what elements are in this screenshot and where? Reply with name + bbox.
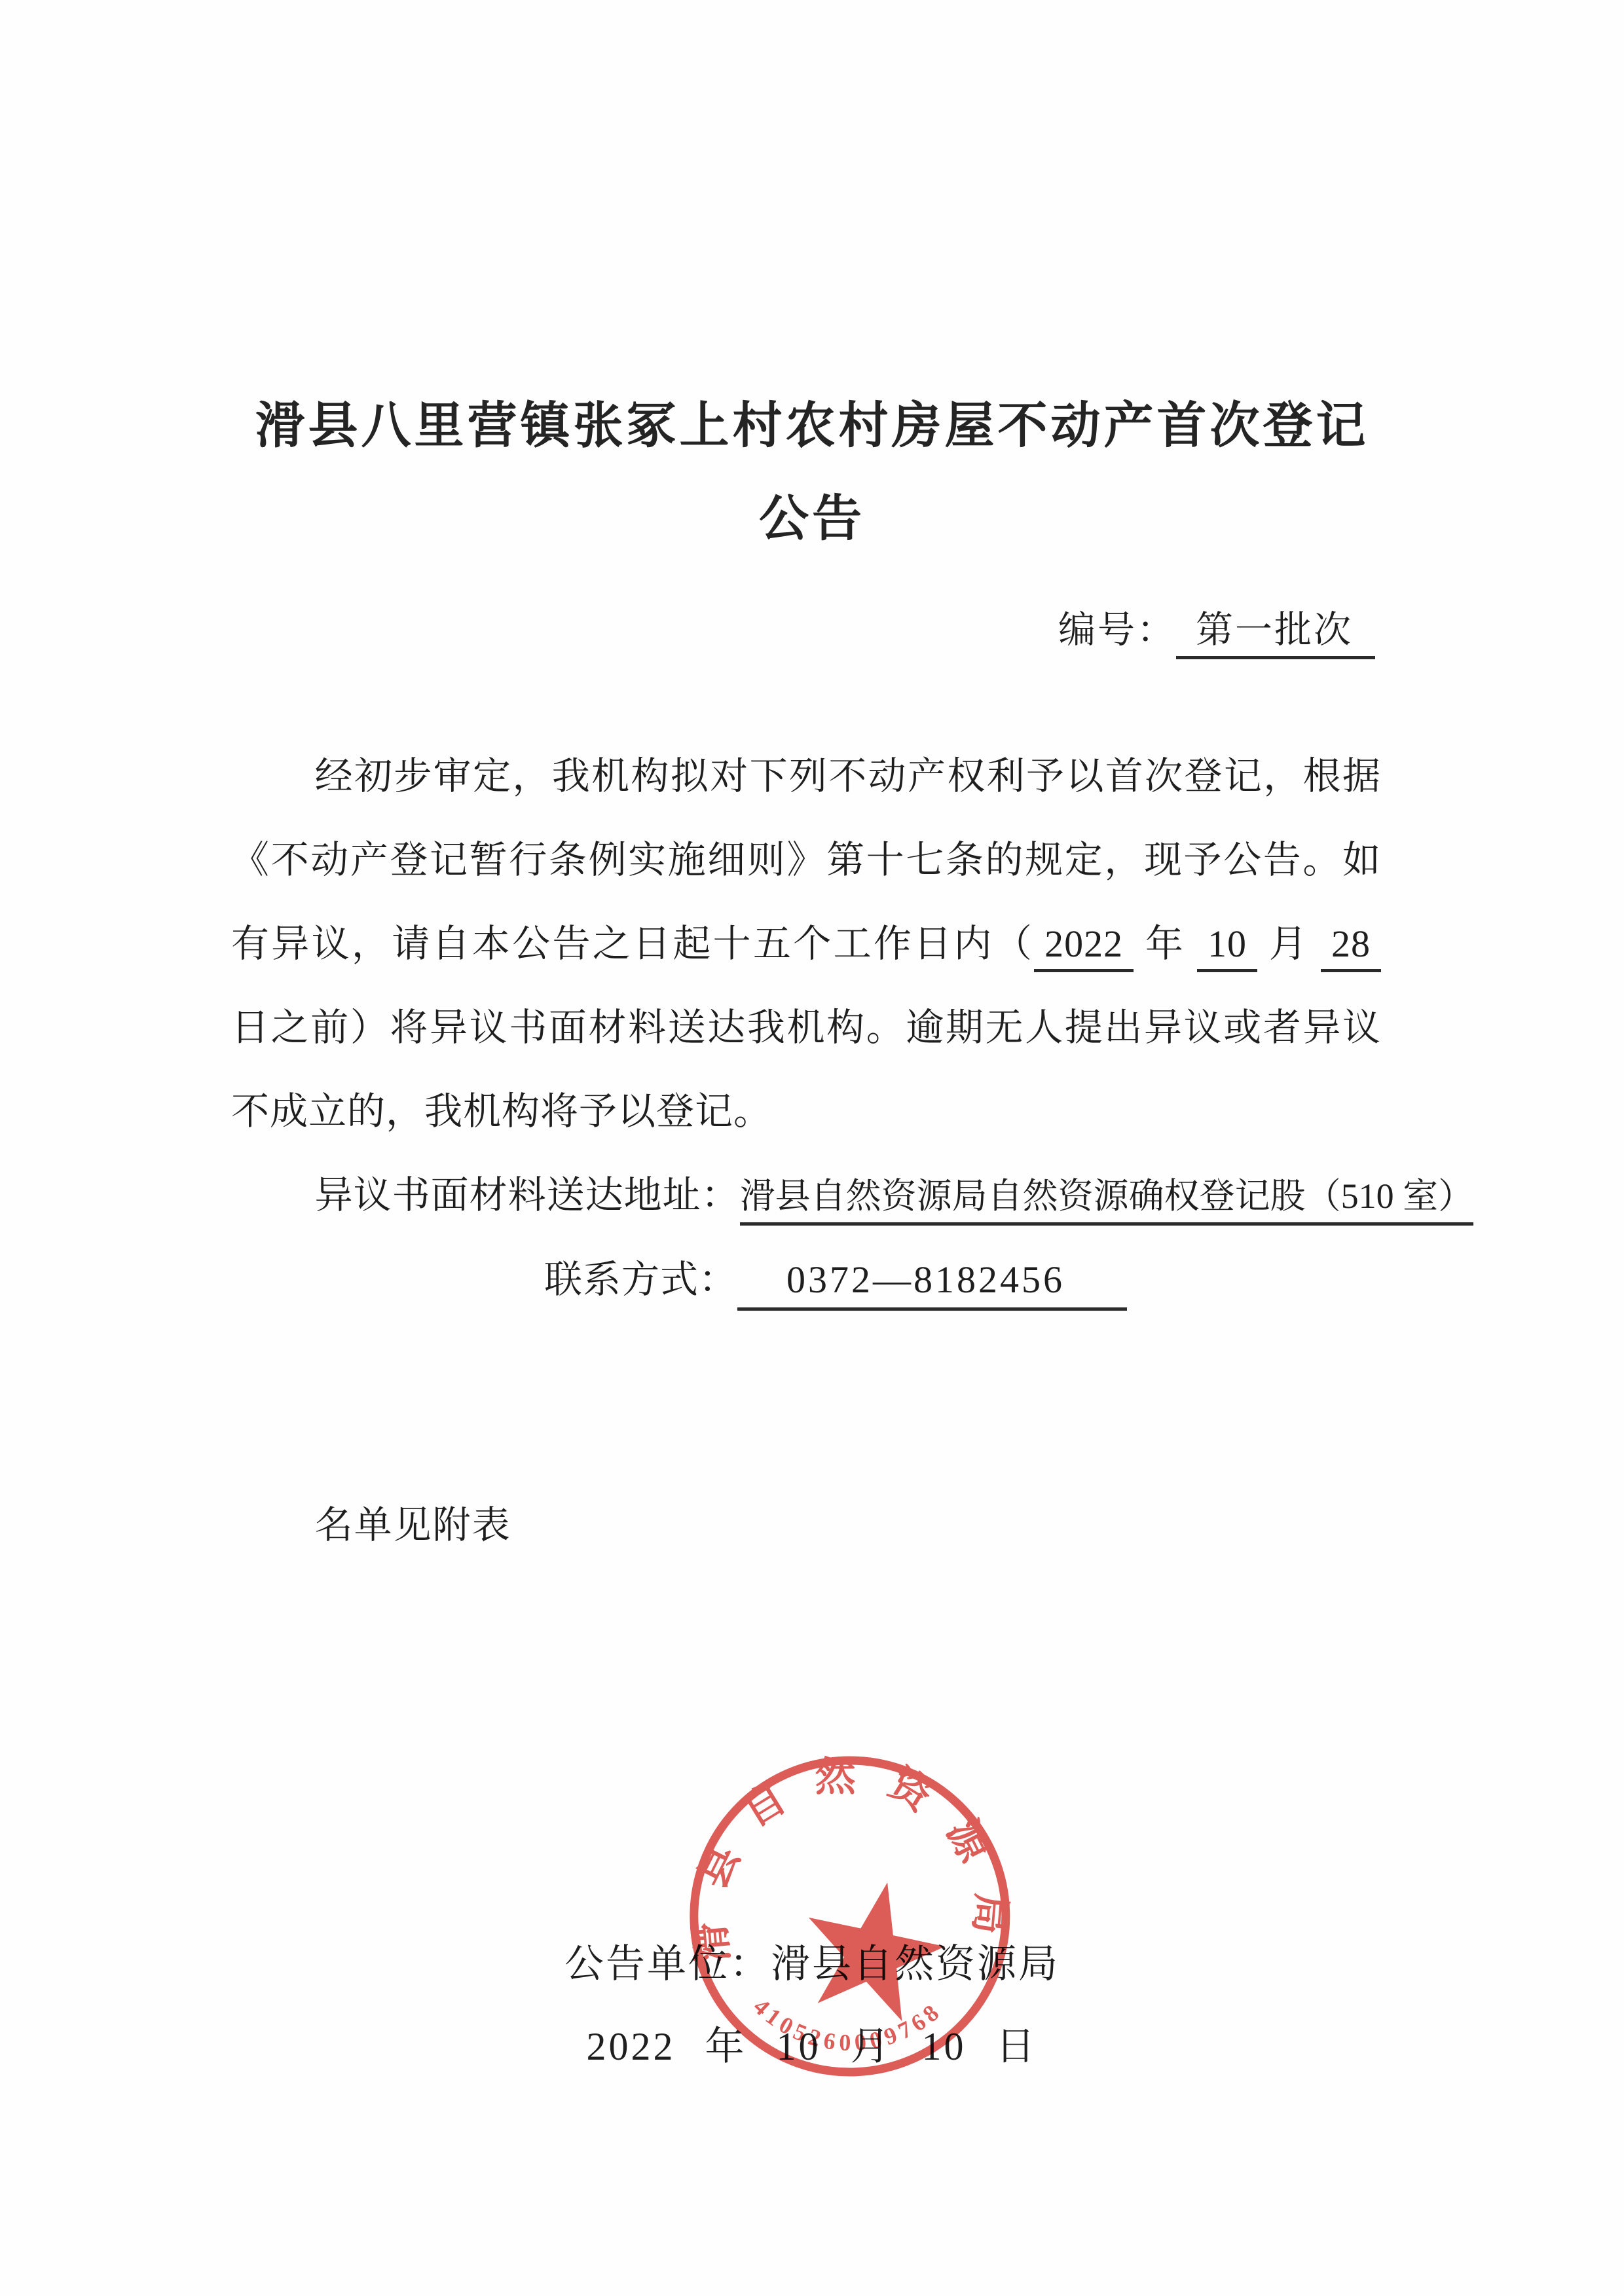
page-title: 滑县八里营镇张冢上村农村房屋不动产首次登记 公告 (0, 380, 1624, 566)
page-title-line2: 公告 (0, 473, 1624, 566)
issue-date: 2022 年 10 月 10 日 (0, 2015, 1624, 2071)
notice-body: 经初步审定，我机构拟对下列不动产权利予以首次登记，根据《不动产登记暂行条例实施细… (231, 735, 1381, 1322)
contact-phone: 0372—8182456 (737, 1258, 1127, 1311)
body-text-2: 年 (1134, 922, 1197, 965)
objection-address-line: 异议书面材料送达地址：滑县自然资源局自然资源确权登记股（510 室） (231, 1154, 1381, 1238)
page-title-line1: 滑县八里营镇张冢上村农村房屋不动产首次登记 (0, 380, 1624, 473)
deadline-year: 2022 (1034, 922, 1134, 972)
serial-value: 第一批次 (1176, 610, 1375, 659)
serial-number-line: 编号：第一批次 (1058, 600, 1375, 653)
document-page: 滑县八里营镇张冢上村农村房屋不动产首次登记 公告 编号：第一批次 经初步审定，我… (0, 0, 1624, 2296)
serial-label: 编号： (1058, 610, 1176, 651)
deadline-day: 28 (1321, 922, 1381, 972)
body-text-4: 日之前）将异议书面材料送达我机构。逾期无人提出异议或者异议不成立的，我机构将予以… (231, 1006, 1381, 1133)
contact-label: 联系方式： (544, 1258, 737, 1301)
objection-address-label: 异议书面材料送达地址： (315, 1174, 740, 1216)
issuer-value: 滑县自然资源局 (771, 1942, 1060, 1986)
body-paragraph: 经初步审定，我机构拟对下列不动产权利予以首次登记，根据《不动产登记暂行条例实施细… (231, 735, 1381, 1154)
objection-address-value: 滑县自然资源局自然资源确权登记股（510 室） (740, 1176, 1474, 1226)
deadline-month: 10 (1197, 922, 1257, 972)
body-text-3: 月 (1257, 922, 1321, 965)
contact-line: 联系方式：0372—8182456 (231, 1238, 1381, 1322)
attachment-note: 名单见附表 (231, 1494, 511, 1549)
issuer-line: 公告单位：滑县自然资源局 (0, 1933, 1624, 1989)
issuer-label: 公告单位： (564, 1942, 771, 1986)
